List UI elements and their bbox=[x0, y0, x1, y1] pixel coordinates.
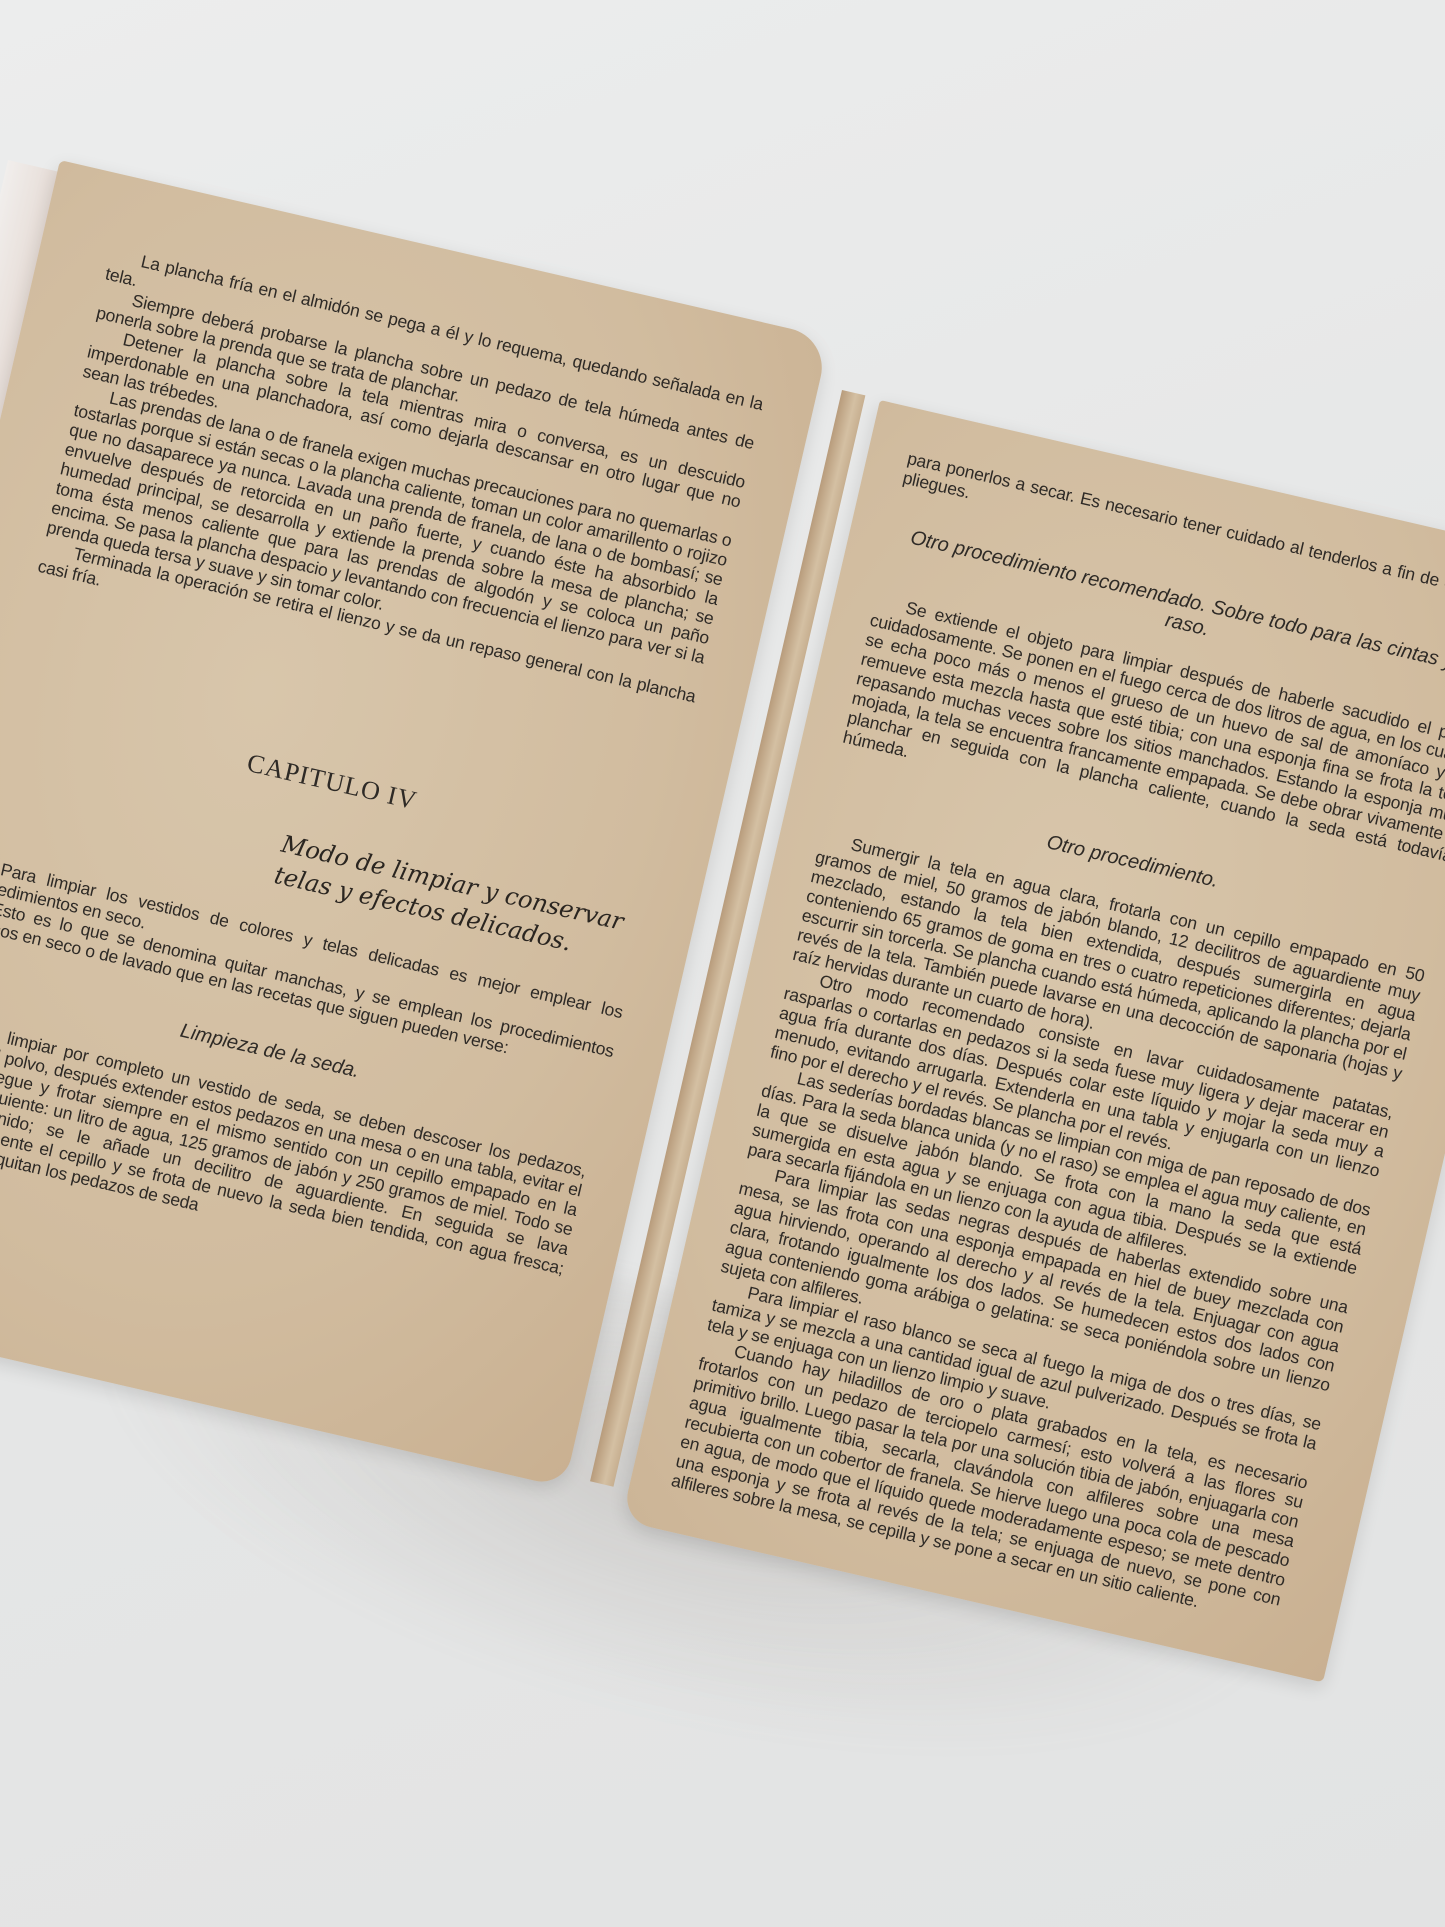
left-page-content: La plancha fría en el almidón se pega a … bbox=[0, 244, 765, 1298]
right-page-content: para ponerlos a secar. Es necesario tene… bbox=[670, 448, 1445, 1629]
